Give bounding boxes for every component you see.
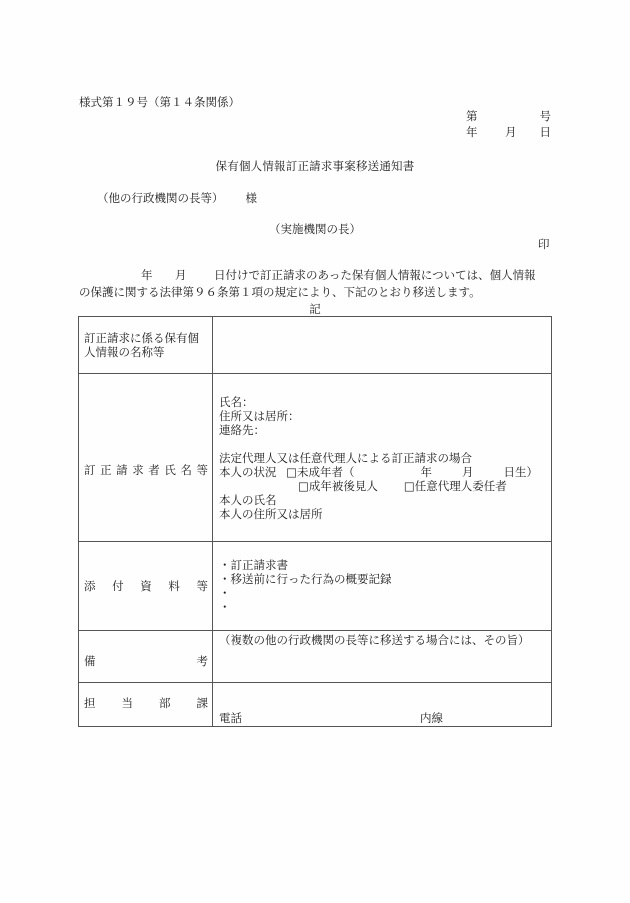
status-label: 本人の状況 xyxy=(219,465,277,479)
status-options-row-2: □成年被後見人□任意代理人委任者 xyxy=(219,479,546,493)
date-year: 年 xyxy=(466,125,478,139)
checkbox-minor[interactable]: □未成年者（ xyxy=(286,465,354,479)
birth-day: 日生） xyxy=(504,465,539,479)
label-char: 資 xyxy=(140,579,152,593)
addressee: （他の行政機関の長等）様 xyxy=(97,191,257,205)
table-row-info-name: 訂正請求に係る保有個人情報の名称等 xyxy=(79,317,552,374)
record-heading: 記 xyxy=(0,302,630,316)
seal-mark: 印 xyxy=(538,237,550,251)
label-char: 課 xyxy=(197,696,209,710)
label-requester: 訂 正 請 求 者 氏 名 等 xyxy=(79,374,213,542)
requester-address-field[interactable]: 住所又は居所： xyxy=(219,409,546,423)
body-month: 月 xyxy=(175,268,187,282)
label-char: 訂 xyxy=(84,463,96,477)
label-char: 氏 xyxy=(164,463,176,477)
attachment-item: ・移送前に行った行為の概要記録 xyxy=(219,572,546,586)
requester-name-field[interactable]: 氏名： xyxy=(219,395,546,409)
principal-status-row: 本人の状況 □未成年者（年月日生） xyxy=(219,465,546,479)
label-department: 担 当 部 課 xyxy=(79,683,213,727)
contact-line: 電話内線 xyxy=(219,711,546,725)
extension-label: 内線 xyxy=(420,711,443,725)
attachment-item[interactable]: ・ xyxy=(219,600,546,614)
label-char: 考 xyxy=(197,654,209,668)
value-requester[interactable]: 氏名： 住所又は居所： 連絡先： 法定代理人又は任意代理人による訂正請求の場合 … xyxy=(213,374,552,542)
label-char: 付 xyxy=(112,579,124,593)
date-day: 日 xyxy=(540,125,552,139)
addressee-honorific: 様 xyxy=(246,191,258,205)
value-attachments[interactable]: ・訂正請求書 ・移送前に行った行為の概要記録 ・ ・ xyxy=(213,542,552,631)
label-char: 名 xyxy=(180,463,192,477)
label-char: 備 xyxy=(84,654,96,668)
phone-label: 電話 xyxy=(219,711,242,725)
label-char: 等 xyxy=(196,463,208,477)
transfer-record-table: 訂正請求に係る保有個人情報の名称等 訂 正 請 求 者 氏 名 等 氏名： 住所… xyxy=(78,316,552,727)
attachment-item[interactable]: ・ xyxy=(219,586,546,600)
table-row-remarks: 備 考 （複数の他の行政機関の長等に移送する場合には、その旨） xyxy=(79,631,552,683)
value-remarks[interactable]: （複数の他の行政機関の長等に移送する場合には、その旨） xyxy=(213,631,552,683)
number-suffix: 号 xyxy=(540,109,552,123)
label-char: 添 xyxy=(84,579,96,593)
label-char: 求 xyxy=(132,463,144,477)
checkbox-adult-ward[interactable]: □成年被後見人 xyxy=(298,479,378,493)
date-month: 月 xyxy=(505,125,517,139)
label-char: 請 xyxy=(116,463,128,477)
number-prefix: 第 xyxy=(466,109,478,123)
birth-year: 年 xyxy=(421,465,433,479)
table-row-requester: 訂 正 請 求 者 氏 名 等 氏名： 住所又は居所： 連絡先： 法定代理人又は… xyxy=(79,374,552,542)
body-line-2: の保護に関する法律第９６条第１項の規定により、下記のとおり移送します。 xyxy=(79,285,481,299)
remarks-note: （複数の他の行政機関の長等に移送する場合には、その旨） xyxy=(219,633,546,647)
birth-month: 月 xyxy=(462,465,474,479)
table-row-attachments: 添 付 資 料 等 ・訂正請求書 ・移送前に行った行為の概要記録 ・ ・ xyxy=(79,542,552,631)
value-info-name[interactable] xyxy=(213,317,552,374)
label-char: 正 xyxy=(100,463,112,477)
label-info-name: 訂正請求に係る保有個人情報の名称等 xyxy=(79,317,213,374)
body-line1-text: 日付けで訂正請求のあった保有個人情報については、個人情報 xyxy=(214,268,536,282)
agent-case-heading: 法定代理人又は任意代理人による訂正請求の場合 xyxy=(219,451,546,465)
label-char: 料 xyxy=(168,579,180,593)
body-year: 年 xyxy=(141,268,153,282)
label-char: 当 xyxy=(122,696,134,710)
value-department[interactable]: 電話内線 xyxy=(213,683,552,727)
label-char: 者 xyxy=(148,463,160,477)
form-number: 様式第１９号（第１４条関係） xyxy=(79,95,240,109)
table-row-department: 担 当 部 課 電話内線 xyxy=(79,683,552,727)
addressee-name: （他の行政機関の長等） xyxy=(97,191,224,205)
label-char: 担 xyxy=(84,696,96,710)
document-title: 保有個人情報訂正請求事案移送通知書 xyxy=(0,159,630,173)
principal-address-field[interactable]: 本人の住所又は居所 xyxy=(219,507,546,521)
checkbox-voluntary-agent[interactable]: □任意代理人委任者 xyxy=(404,479,507,493)
label-char: 部 xyxy=(159,696,171,710)
requester-contact-field[interactable]: 連絡先： xyxy=(219,423,546,437)
principal-name-field[interactable]: 本人の氏名 xyxy=(219,493,546,507)
label-remarks: 備 考 xyxy=(79,631,213,683)
label-char: 等 xyxy=(197,579,209,593)
attachment-item: ・訂正請求書 xyxy=(219,558,546,572)
sender-name: （実施機関の長） xyxy=(0,222,630,236)
label-attachments: 添 付 資 料 等 xyxy=(79,542,213,631)
